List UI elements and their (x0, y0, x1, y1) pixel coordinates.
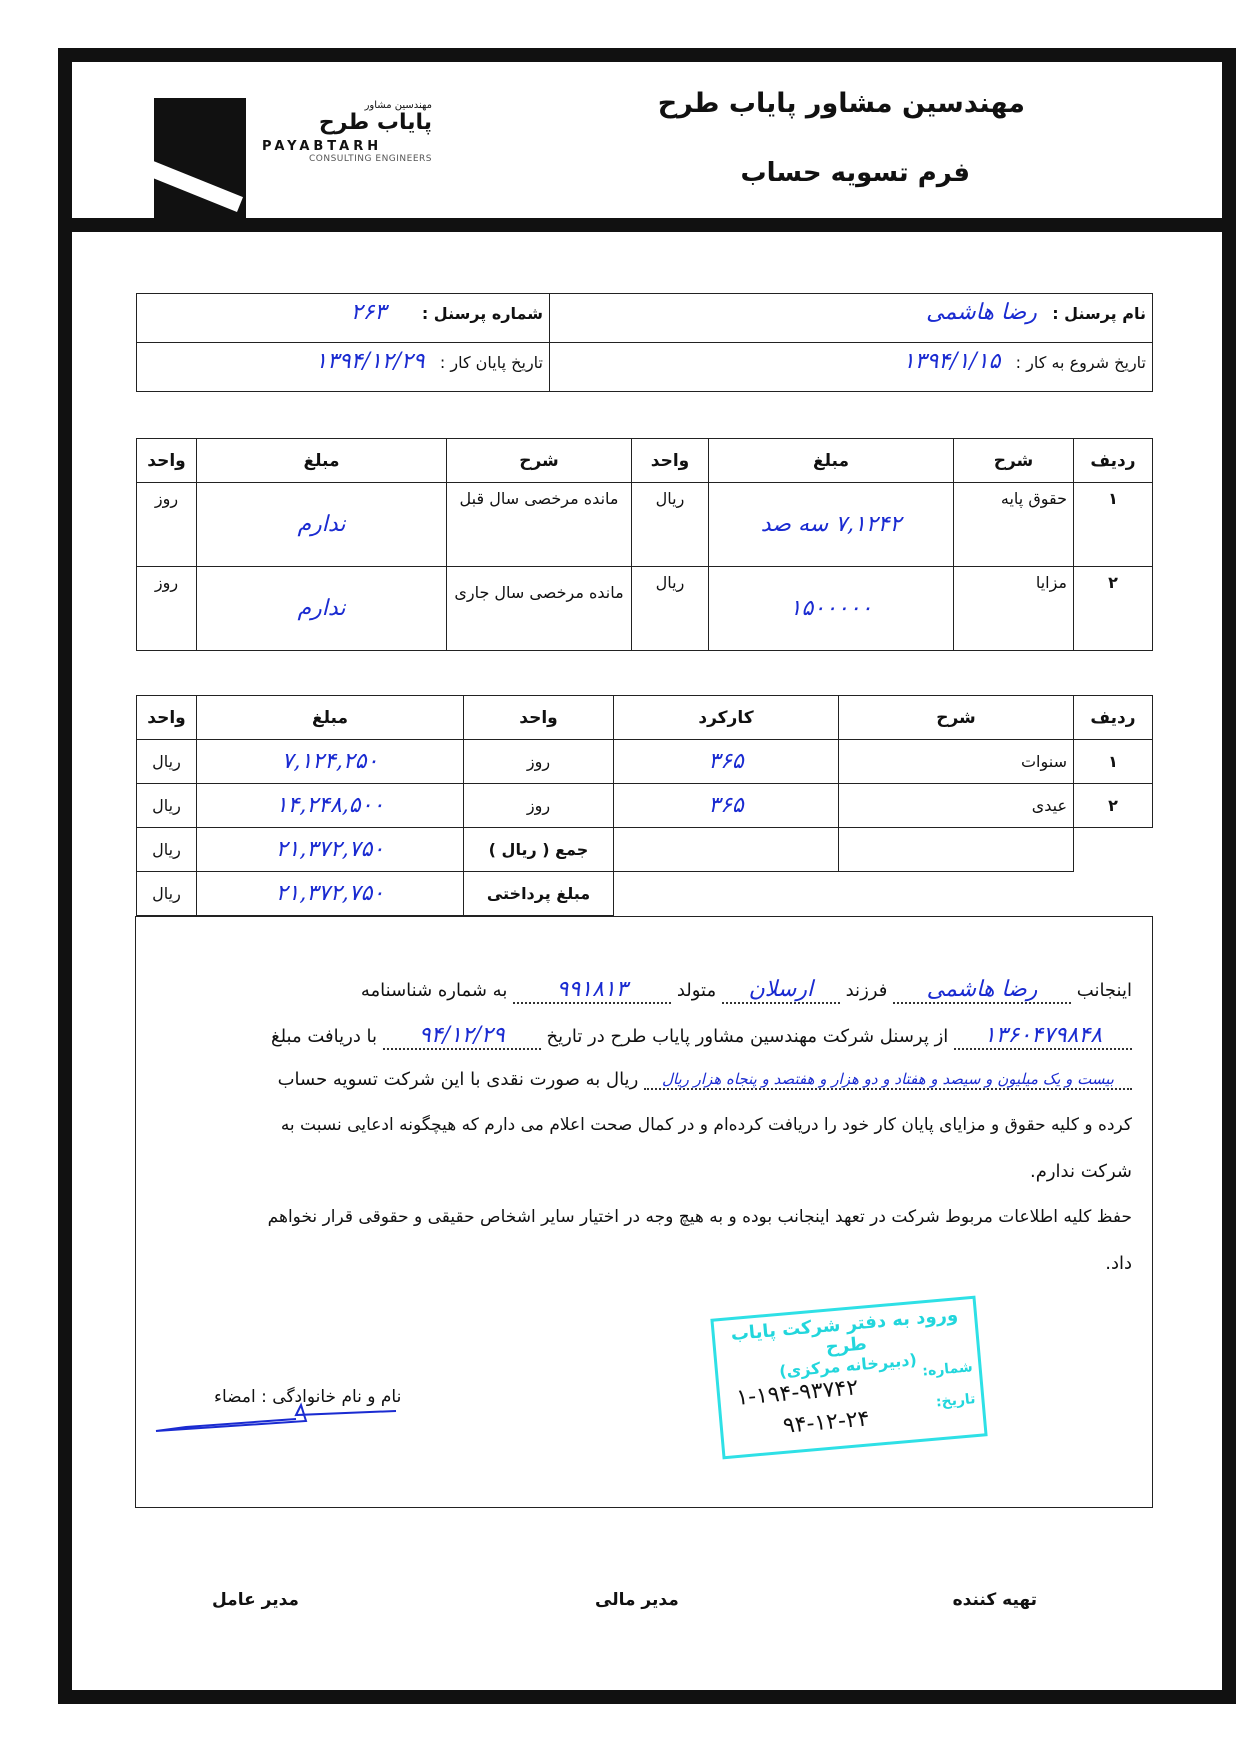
row-work: ۳۶۵ (708, 793, 743, 818)
row-amount: ۱۴,۲۴۸,۵۰۰ (276, 793, 385, 818)
settlement-statement: اینجانب رضا هاشمی فرزند ارسلان متولد ۹۹۱… (135, 916, 1153, 1508)
end-date-value: ۱۳۹۴/۱۲/۲۹ (315, 349, 424, 374)
start-date-value: ۱۳۹۴/۱/۱۵ (903, 349, 1001, 374)
row-amount: ۱۵۰۰۰۰۰ (790, 596, 873, 621)
personnel-no-cell: شماره پرسنل : ۲۶۳ (137, 294, 550, 343)
start-date-cell: تاریخ شروع به کار : ۱۳۹۴/۱/۱۵ (550, 343, 1153, 392)
row-unit2: ریال (137, 740, 197, 784)
paid-label: مبلغ پرداختی (464, 872, 614, 916)
col-desc: شرح (954, 439, 1074, 483)
col-amount: مبلغ (709, 439, 954, 483)
company-logo-icon (154, 98, 246, 228)
row-amount: ۷,۱۲۴۲ سه صد (761, 512, 902, 537)
signature-scribble-icon (146, 1397, 406, 1437)
text-segment: متولد (677, 980, 716, 1001)
table-row: ۱ سنوات ۳۶۵ روز ۷,۱۲۴,۲۵۰ ریال (137, 740, 1153, 784)
row-amount2: ندارم (297, 596, 345, 621)
employee-name-field: رضا هاشمی (893, 977, 1071, 1004)
row-unit2: ریال (137, 784, 197, 828)
stamp-date-value: ۹۴-۱۲-۲۴ (782, 1406, 871, 1438)
total-row: جمع ( ریال ) ۲۱,۳۷۲,۷۵۰ ریال (137, 828, 1153, 872)
row-desc: مزایا (954, 567, 1074, 651)
row-desc: حقوق پایه (954, 483, 1074, 567)
row-work: ۳۶۵ (708, 749, 743, 774)
col-amount2: مبلغ (197, 439, 447, 483)
stamp-date-label: تاریخ: (935, 1391, 976, 1410)
table-row: ۲ عیدی ۳۶۵ روز ۱۴,۲۴۸,۵۰۰ ریال (137, 784, 1153, 828)
id-number-field: ۱۳۶۰۴۷۹۸۴۸ (954, 1023, 1132, 1050)
row-number: ۱ (1074, 483, 1153, 567)
finance-manager-label: مدیر مالی (595, 1590, 679, 1610)
row-unit: ریال (632, 483, 709, 567)
text-segment: از پرسنل شرکت مهندسین مشاور پایاب طرح در… (547, 1026, 949, 1047)
row-unit: روز (464, 740, 614, 784)
row-desc2: مانده مرخصی سال قبل (447, 483, 632, 567)
row-desc: عیدی (839, 784, 1074, 828)
row-unit: روز (464, 784, 614, 828)
paid-unit: ریال (137, 872, 197, 916)
name-cell: نام پرسنل : رضا هاشمی (550, 294, 1153, 343)
text-segment: ریال به صورت نقدی با این شرکت تسویه حساب (278, 1069, 639, 1090)
row-number: ۲ (1074, 784, 1153, 828)
statement-line-3: بیست و یک میلیون و سیصد و هفتاد و دو هزا… (156, 1069, 1132, 1090)
name-value: رضا هاشمی (926, 300, 1037, 325)
severance-table: ردیف شرح کارکرد واحد مبلغ واحد ۱ سنوات ۳… (136, 695, 1153, 916)
registry-stamp: ورود به دفتر شرکت پایاب طرح (دبیرخانه مر… (710, 1296, 987, 1460)
name-label: نام پرسنل : (1052, 304, 1146, 323)
text-segment: با دریافت مبلغ (271, 1026, 377, 1047)
personnel-no-label: شماره پرسنل : (422, 304, 543, 323)
personnel-no-value: ۲۶۳ (351, 300, 386, 325)
col-unit2: واحد (137, 439, 197, 483)
birth-field: ۹۹۱۸۱۳ (513, 977, 671, 1004)
start-date-label: تاریخ شروع به کار : (1016, 353, 1146, 372)
paid-row: مبلغ پرداختی ۲۱,۳۷۲,۷۵۰ ریال (137, 872, 1153, 916)
col-desc2: شرح (447, 439, 632, 483)
col-desc: شرح (839, 696, 1074, 740)
statement-line-2: ۱۳۶۰۴۷۹۸۴۸ از پرسنل شرکت مهندسین مشاور پ… (156, 1023, 1132, 1050)
text-segment: اینجانب (1077, 980, 1132, 1001)
col-unit: واحد (632, 439, 709, 483)
col-row: ردیف (1074, 696, 1153, 740)
total-unit: ریال (137, 828, 197, 872)
text-segment: به شماره شناسنامه (361, 980, 508, 1001)
row-number: ۱ (1074, 740, 1153, 784)
father-name-field: ارسلان (722, 977, 840, 1004)
row-number: ۲ (1074, 567, 1153, 651)
form-title: فرم تسویه حساب (741, 158, 971, 188)
amount-words-field: بیست و یک میلیون و سیصد و هفتاد و دو هزا… (644, 1070, 1132, 1090)
stamp-number-label: شماره: (922, 1359, 974, 1379)
personnel-info-table: نام پرسنل : رضا هاشمی شماره پرسنل : ۲۶۳ … (136, 293, 1153, 392)
col-unit2: واحد (137, 696, 197, 740)
row-desc: سنوات (839, 740, 1074, 784)
row-desc2: مانده مرخصی سال جاری (447, 567, 632, 651)
statement-line-5: شرکت ندارم. (156, 1161, 1132, 1182)
row-amount: ۷,۱۲۴,۲۵۰ (282, 749, 379, 774)
table-row: ۲ مزایا ۱۵۰۰۰۰۰ ریال مانده مرخصی سال جار… (137, 567, 1153, 651)
col-work: کارکرد (614, 696, 839, 740)
total-label: جمع ( ریال ) (464, 828, 614, 872)
logo-fa-big: پایاب طرح (262, 111, 452, 135)
end-date-cell: تاریخ پایان کار : ۱۳۹۴/۱۲/۲۹ (137, 343, 550, 392)
logo-en-sub: CONSULTING ENGINEERS (262, 154, 452, 164)
company-title: مهندسین مشاور پایاب طرح (658, 88, 1025, 119)
text-segment: فرزند (846, 980, 888, 1001)
statement-line-6: حفظ کلیه اطلاعات مربوط شرکت در تعهد اینج… (156, 1207, 1132, 1227)
statement-line-1: اینجانب رضا هاشمی فرزند ارسلان متولد ۹۹۱… (156, 977, 1132, 1004)
ceo-label: مدیر عامل (212, 1590, 299, 1610)
statement-line-7: داد. (156, 1253, 1132, 1274)
row-unit2: روز (137, 567, 197, 651)
col-unit: واحد (464, 696, 614, 740)
end-date-label: تاریخ پایان کار : (440, 353, 543, 372)
row-amount2: ندارم (297, 512, 345, 537)
total-value: ۲۱,۳۷۲,۷۵۰ (276, 837, 385, 862)
paid-value: ۲۱,۳۷۲,۷۵۰ (276, 881, 385, 906)
row-unit: ریال (632, 567, 709, 651)
col-amount: مبلغ (197, 696, 464, 740)
preparer-label: تهیه کننده (953, 1590, 1037, 1610)
statement-line-4: کرده و کلیه حقوق و مزایای پایان کار خود … (156, 1115, 1132, 1135)
row-unit2: روز (137, 483, 197, 567)
salary-leave-table: ردیف شرح مبلغ واحد شرح مبلغ واحد ۱ حقوق … (136, 438, 1153, 651)
company-logo-text: مهندسین مشاور پایاب طرح PAYABTARH CONSUL… (262, 100, 452, 164)
logo-en-name: PAYABTARH (262, 139, 452, 154)
col-row: ردیف (1074, 439, 1153, 483)
table-row: ۱ حقوق پایه ۷,۱۲۴۲ سه صد ریال مانده مرخص… (137, 483, 1153, 567)
date-field: ۹۴/۱۲/۲۹ (383, 1023, 541, 1050)
